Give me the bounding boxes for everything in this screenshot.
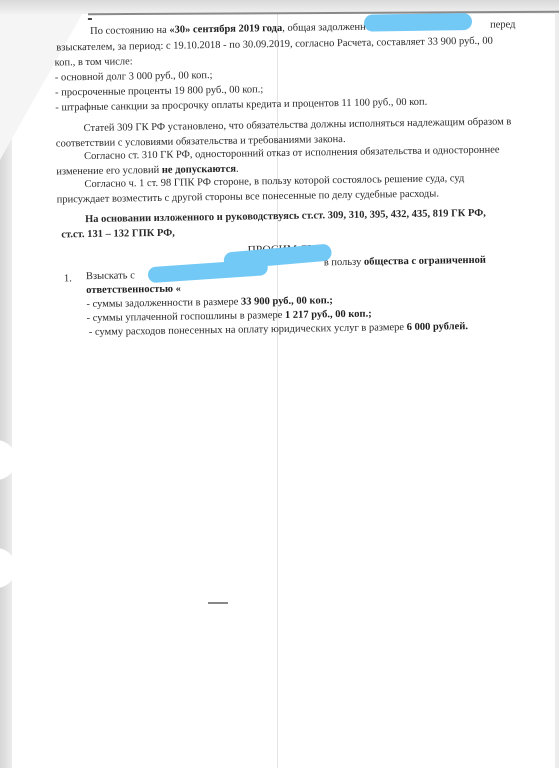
debt-paragraph-line-2: взыскателем, за период: с 19.10.2018 - п… — [56, 36, 493, 55]
debt-item-principal: - основной долг 3 000 руб., 00 коп.; — [55, 70, 213, 84]
signature-mark — [208, 602, 228, 604]
page-dash — [88, 18, 92, 20]
request-company: ответственностью « — [86, 284, 181, 297]
redaction-debtor-name-3 — [223, 243, 332, 269]
redaction-debtor-name — [364, 13, 472, 32]
request-item-debt: - суммы задолженности в размере 33 900 р… — [86, 295, 333, 311]
request-number: 1. — [64, 273, 72, 285]
document-page: По состоянию на «30» сентября 2019 года,… — [0, 0, 559, 768]
debt-paragraph-perped: перед — [490, 19, 516, 31]
debt-item-penalties: - штрафные санкции за просрочку оплаты к… — [55, 97, 427, 115]
debt-paragraph-line-1: По состоянию на «30» сентября 2019 года,… — [90, 21, 385, 38]
basis-line-2: ст.ст. 131 – 132 ГПК РФ, — [61, 228, 175, 242]
art98-line-2: присуждает возместить с другой стороны в… — [57, 189, 439, 207]
debt-paragraph-line-3: коп., в том числе: — [55, 56, 133, 69]
request-vzyskat: Взыскать с — [86, 270, 135, 283]
debt-date: «30» сентября 2019 года — [169, 23, 282, 36]
request-in-favor: в пользу общества с ограниченной — [324, 255, 486, 270]
debt-item-interest: - просроченные проценты 19 800 руб., 00 … — [55, 84, 263, 99]
basis-line-1: На основании изложенного и руководствуяс… — [85, 208, 486, 226]
art309-line-1: Статей 309 ГК РФ установлено, что обязат… — [84, 116, 512, 135]
